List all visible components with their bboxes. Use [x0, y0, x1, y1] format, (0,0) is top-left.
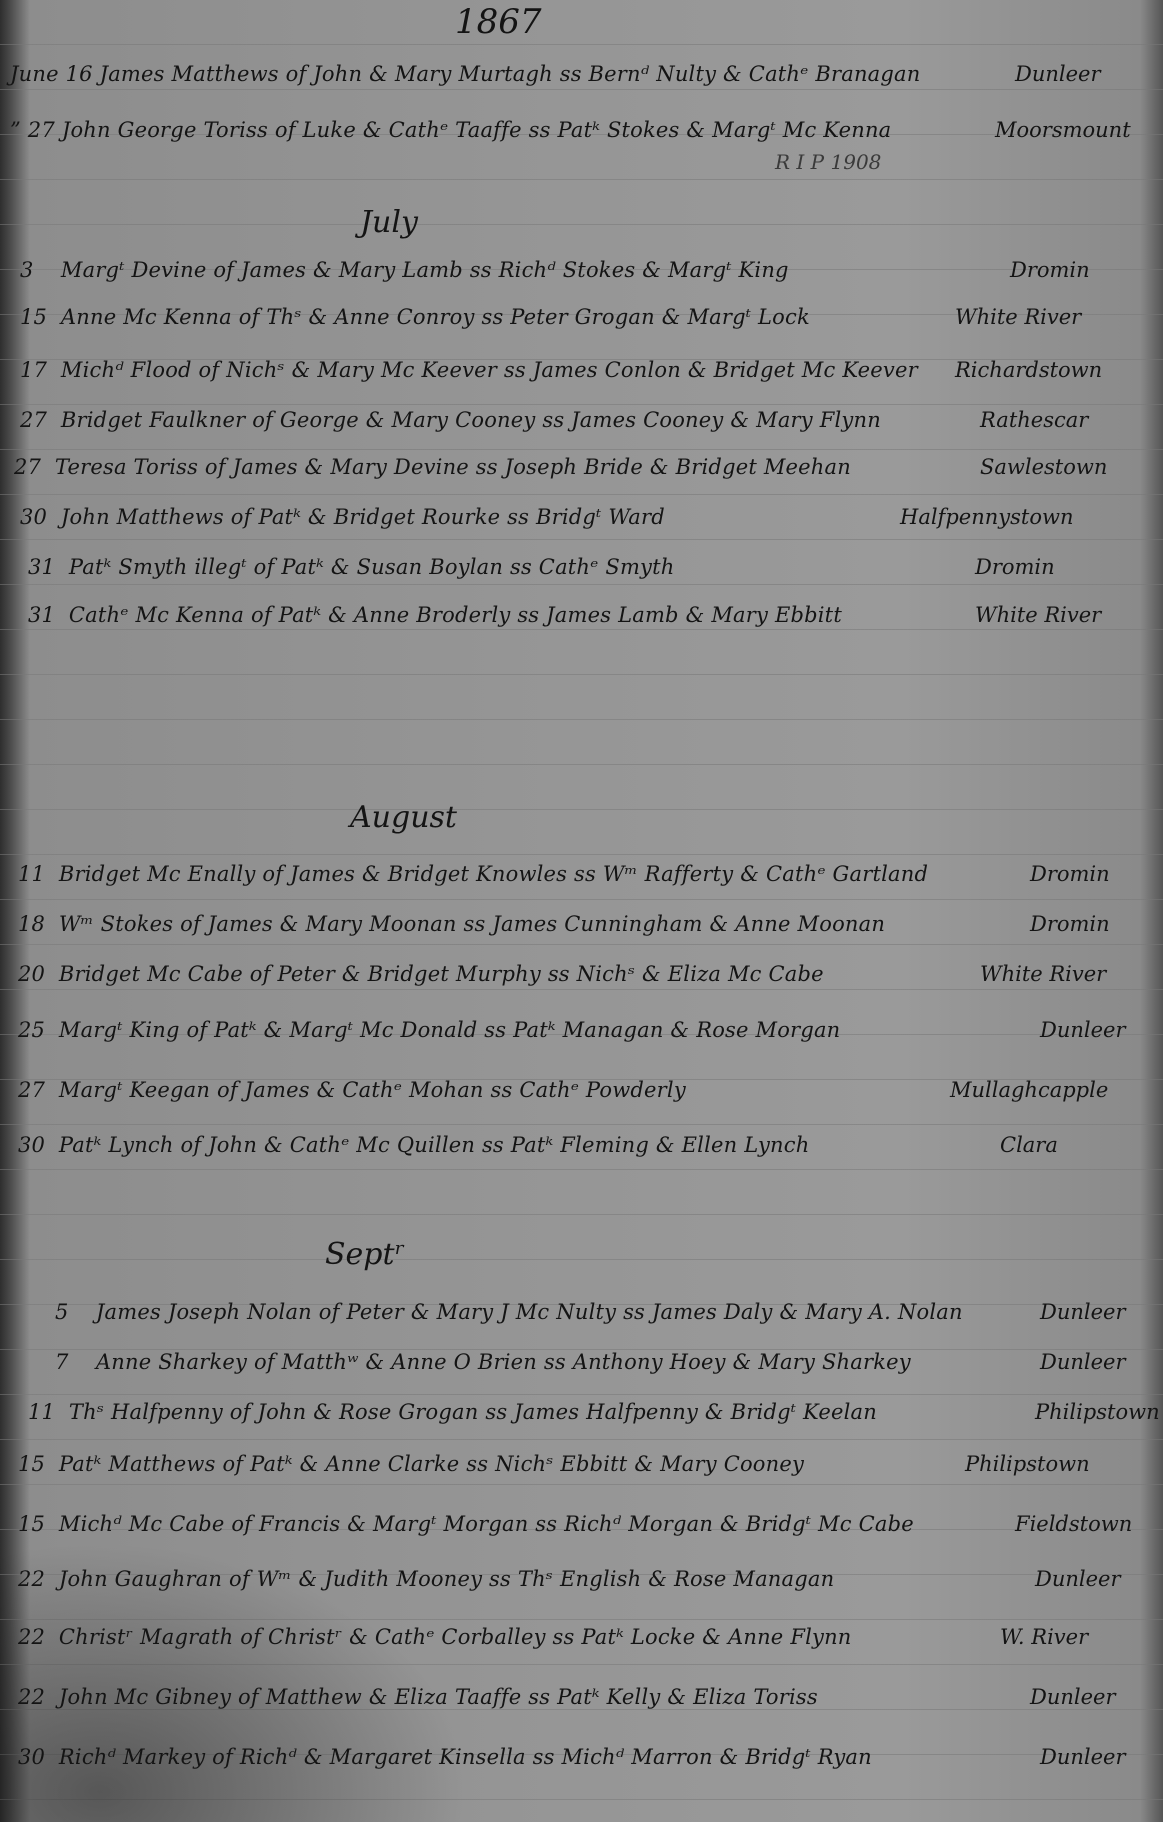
entry-date: 15 [18, 1512, 52, 1536]
register-entry: 15 Anne Mc Kenna of Thˢ & Anne Conroy ss… [20, 305, 810, 329]
register-entry: 30 Patᵏ Lynch of John & Cathᵉ Mc Quillen… [18, 1133, 809, 1157]
register-entry: 22 John Mc Gibney of Matthew & Eliza Taa… [18, 1685, 818, 1709]
entry-text: Patᵏ Lynch of John & Cathᵉ Mc Quillen ss… [59, 1133, 810, 1157]
entry-place: Philipstown [1035, 1400, 1160, 1424]
entry-text: James Joseph Nolan of Peter & Mary J Mc … [96, 1300, 963, 1324]
register-entry: 11 Bridget Mc Enally of James & Bridget … [18, 862, 928, 886]
entry-date: 30 [18, 1745, 52, 1769]
entry-place: Dunleer [1015, 62, 1101, 86]
entry-date: 7 [55, 1350, 89, 1374]
entry-text: Cathᵉ Mc Kenna of Patᵏ & Anne Broderly s… [69, 603, 842, 627]
entry-text: John Matthews of Patᵏ & Bridget Rourke s… [61, 505, 665, 529]
register-entry: 3 Margᵗ Devine of James & Mary Lamb ss R… [20, 258, 789, 282]
month-heading-september: Septʳ [325, 1237, 405, 1272]
entry-place: Moorsmount [995, 118, 1131, 142]
entry-text: Christʳ Magrath of Christʳ & Cathᵉ Corba… [59, 1625, 852, 1649]
entry-text: Patᵏ Smyth illegᵗ of Patᵏ & Susan Boylan… [69, 555, 675, 579]
entry-date: June 16 [10, 62, 93, 86]
register-entry: 7 Anne Sharkey of Matthʷ & Anne O Brien … [55, 1350, 911, 1374]
month-heading-july: July [360, 205, 418, 240]
entry-place: White River [955, 305, 1081, 329]
entry-text: Patᵏ Matthews of Patᵏ & Anne Clarke ss N… [59, 1452, 804, 1476]
entry-date: 11 [18, 862, 52, 886]
register-entry: 18 Wᵐ Stokes of James & Mary Moonan ss J… [18, 912, 885, 936]
entry-text: Margᵗ Keegan of James & Cathᵉ Mohan ss C… [59, 1078, 686, 1102]
entry-place: White River [980, 962, 1106, 986]
register-entry: June 16 James Matthews of John & Mary Mu… [10, 62, 921, 86]
register-entry: 31 Patᵏ Smyth illegᵗ of Patᵏ & Susan Boy… [28, 555, 674, 579]
entry-text: Teresa Toriss of James & Mary Devine ss … [55, 455, 851, 479]
entry-text: Bridget Mc Enally of James & Bridget Kno… [59, 862, 928, 886]
entry-date: 27 [14, 455, 48, 479]
entry-place: Dunleer [1040, 1745, 1126, 1769]
entry-place: Dunleer [1035, 1567, 1121, 1591]
entry-place: Halfpennystown [900, 505, 1073, 529]
entry-place: Richardstown [955, 358, 1102, 382]
month-heading-august: August [350, 800, 457, 835]
entry-place: Dunleer [1040, 1018, 1126, 1042]
entry-date: 5 [55, 1300, 89, 1324]
register-entry: 30 Richᵈ Markey of Richᵈ & Margaret Kins… [18, 1745, 872, 1769]
entry-place: Dunleer [1040, 1350, 1126, 1374]
register-entry: 22 Christʳ Magrath of Christʳ & Cathᵉ Co… [18, 1625, 852, 1649]
entry-place: W. River [1000, 1625, 1088, 1649]
entry-place: Philipstown [965, 1452, 1090, 1476]
entry-date: 25 [18, 1018, 52, 1042]
entry-text: Anne Mc Kenna of Thˢ & Anne Conroy ss Pe… [61, 305, 810, 329]
margin-note: R I P 1908 [775, 150, 881, 174]
register-entry: 5 James Joseph Nolan of Peter & Mary J M… [55, 1300, 963, 1324]
entry-date: 22 [18, 1625, 52, 1649]
page-year: 1867 [455, 2, 542, 42]
entry-text: Michᵈ Flood of Nichˢ & Mary Mc Keever ss… [61, 358, 918, 382]
entry-date: 27 [18, 1078, 52, 1102]
entry-date: ” 27 [10, 118, 55, 142]
register-entry: 31 Cathᵉ Mc Kenna of Patᵏ & Anne Broderl… [28, 603, 842, 627]
entry-place: Dromin [1030, 912, 1110, 936]
entry-text: Bridget Mc Cabe of Peter & Bridget Murph… [59, 962, 824, 986]
register-entry: 27 Margᵗ Keegan of James & Cathᵉ Mohan s… [18, 1078, 686, 1102]
entry-text: Richᵈ Markey of Richᵈ & Margaret Kinsell… [59, 1745, 872, 1769]
entry-date: 20 [18, 962, 52, 986]
entry-text: Michᵈ Mc Cabe of Francis & Margᵗ Morgan … [59, 1512, 914, 1536]
register-page: 1867 June 16 James Matthews of John & Ma… [0, 0, 1163, 1822]
entry-date: 11 [28, 1400, 62, 1424]
entry-date: 18 [18, 912, 52, 936]
entry-date: 30 [18, 1133, 52, 1157]
entry-text: John Mc Gibney of Matthew & Eliza Taaffe… [59, 1685, 818, 1709]
entry-text: Bridget Faulkner of George & Mary Cooney… [61, 408, 881, 432]
entry-date: 27 [20, 408, 54, 432]
register-entry: 27 Teresa Toriss of James & Mary Devine … [14, 455, 851, 479]
entry-place: Sawlestown [980, 455, 1107, 479]
entry-text: Margᵗ Devine of James & Mary Lamb ss Ric… [61, 258, 789, 282]
entry-date: 30 [20, 505, 54, 529]
entry-place: Dromin [1010, 258, 1090, 282]
entry-place: Rathescar [980, 408, 1088, 432]
entry-date: 3 [20, 258, 54, 282]
register-entry: 11 Thˢ Halfpenny of John & Rose Grogan s… [28, 1400, 877, 1424]
entry-date: 22 [18, 1685, 52, 1709]
register-entry: 30 John Matthews of Patᵏ & Bridget Rourk… [20, 505, 665, 529]
register-entry: 17 Michᵈ Flood of Nichˢ & Mary Mc Keever… [20, 358, 918, 382]
register-entry: 15 Patᵏ Matthews of Patᵏ & Anne Clarke s… [18, 1452, 804, 1476]
entry-place: Dunleer [1030, 1685, 1116, 1709]
entry-date: 15 [18, 1452, 52, 1476]
register-entry: 22 John Gaughran of Wᵐ & Judith Mooney s… [18, 1567, 834, 1591]
entry-text: Thˢ Halfpenny of John & Rose Grogan ss J… [69, 1400, 877, 1424]
register-entry: 15 Michᵈ Mc Cabe of Francis & Margᵗ Morg… [18, 1512, 914, 1536]
entry-text: James Matthews of John & Mary Murtagh ss… [100, 62, 921, 86]
entry-place: Fieldstown [1015, 1512, 1132, 1536]
entry-text: Anne Sharkey of Matthʷ & Anne O Brien ss… [96, 1350, 911, 1374]
entry-text: John George Toriss of Luke & Cathᵉ Taaff… [62, 118, 892, 142]
register-entry: 25 Margᵗ King of Patᵏ & Margᵗ Mc Donald … [18, 1018, 840, 1042]
entry-text: Margᵗ King of Patᵏ & Margᵗ Mc Donald ss … [59, 1018, 841, 1042]
entry-place: Dromin [975, 555, 1055, 579]
entry-date: 31 [28, 555, 62, 579]
entry-place: Mullaghcapple [950, 1078, 1108, 1102]
entry-date: 15 [20, 305, 54, 329]
register-entry: ” 27 John George Toriss of Luke & Cathᵉ … [10, 118, 891, 142]
register-entry: 27 Bridget Faulkner of George & Mary Coo… [20, 408, 881, 432]
entry-place: White River [975, 603, 1101, 627]
entry-date: 22 [18, 1567, 52, 1591]
entry-date: 31 [28, 603, 62, 627]
entry-place: Dunleer [1040, 1300, 1126, 1324]
entry-text: John Gaughran of Wᵐ & Judith Mooney ss T… [59, 1567, 834, 1591]
entry-place: Clara [1000, 1133, 1058, 1157]
entry-place: Dromin [1030, 862, 1110, 886]
entry-text: Wᵐ Stokes of James & Mary Moonan ss Jame… [59, 912, 885, 936]
entry-date: 17 [20, 358, 54, 382]
register-entry: 20 Bridget Mc Cabe of Peter & Bridget Mu… [18, 962, 824, 986]
